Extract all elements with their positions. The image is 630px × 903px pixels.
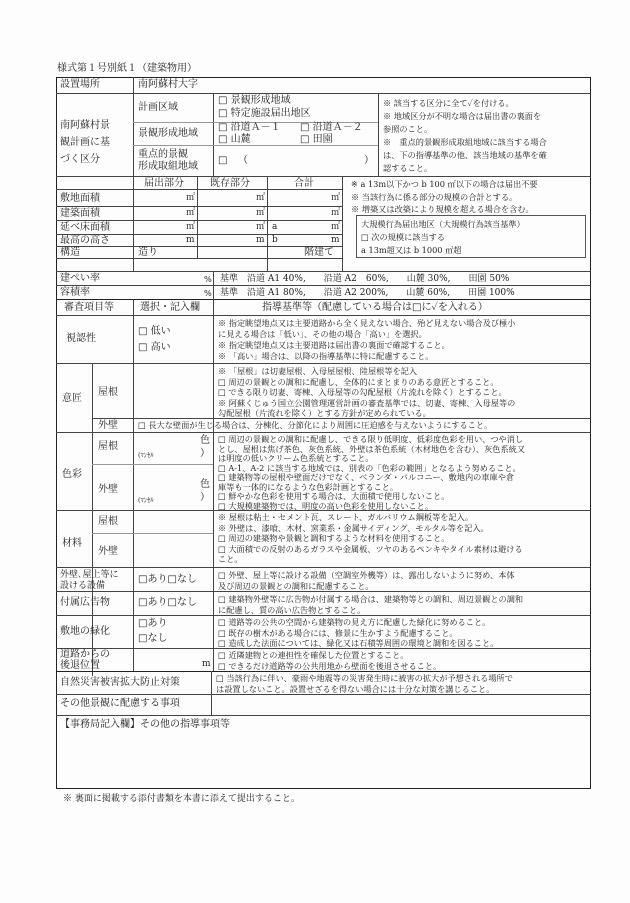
structure-floors[interactable]: 階建て	[304, 248, 334, 258]
color-notes: □ 周辺の景観との調和に配慮し、できる限り低明度、低彩度色彩を用い、つや消しとし…	[218, 435, 525, 511]
visibility-high-checkbox[interactable]: □ 高い	[138, 343, 171, 353]
material-wall-label: 外壁	[98, 547, 118, 557]
max-height-prefix: b	[272, 236, 278, 245]
office-input[interactable]	[58, 734, 588, 786]
large-scale-text: 大規模行為届出地区（大規模行為該当基準）□ 次の規模に該当するa 13m超又は …	[361, 218, 525, 257]
review-col-guideline: 指導基準等（配慮している場合は□に✓を入れる）	[262, 303, 488, 313]
greening-yes-checkbox[interactable]: □あり	[138, 619, 167, 629]
building-area-existing[interactable]: ㎡	[256, 209, 265, 218]
coverage-label: 建ぺい率	[60, 274, 100, 284]
site-area-notified[interactable]: ㎡	[186, 194, 195, 203]
color-wall-munsell[interactable]: (ﾏﾝｾﾙ	[138, 497, 154, 504]
site-area-total[interactable]: ㎡	[331, 194, 340, 203]
building-area-notified[interactable]: ㎡	[186, 209, 195, 218]
design-roof-check-2[interactable]: □ できる限り切妻、寄棟、入母屋等の勾配屋根（片流れを除く）とすること。	[218, 387, 515, 398]
building-area-label: 建築面積	[60, 209, 100, 219]
location-value[interactable]: 南阿蘇村大字	[138, 80, 198, 90]
material-roof-label: 屋根	[98, 517, 118, 527]
landscape-area-label: 景観形成地域	[138, 129, 198, 139]
large-scale-checkbox[interactable]: □ 次の規模に該当する	[361, 231, 525, 244]
coverage-standard: 基準 沿道 A1 40%, 沿道 A2 60%, 山麓 30%, 田園 50%	[220, 275, 509, 284]
plan-area-label: 計画区域	[138, 103, 178, 113]
signage-notes: □ 建築物外壁等に広告物が付属する場合は、建築物等との調和、周辺景観との調和に配…	[218, 594, 523, 616]
color-roof-paren: ）	[200, 449, 210, 459]
setback-input[interactable]: m	[202, 660, 211, 669]
max-height-label: 最高の高さ	[60, 236, 110, 246]
floor-area-prefix: a	[272, 223, 277, 232]
design-roof-check-1[interactable]: □ 周辺の景観との調和に配慮し、全体的にまとまりのある意匠とすること。	[218, 377, 515, 388]
greening-notes: □ 道路等の公共の空間から建築物の見え方に配慮した緑化に努めること。□ 既存の樹…	[218, 617, 498, 649]
plan-notes: ※ 該当する区分に全て✓を付ける。※ 地域区分が不明な場合は届出書の裏面を参照の…	[383, 97, 547, 175]
floor-area-total[interactable]: ㎡	[331, 223, 340, 232]
coverage-input[interactable]: %	[204, 275, 212, 283]
max-height-notified[interactable]: m	[186, 236, 195, 245]
floor-ratio-standard: 基準 沿道 A1 80%, 沿道 A2 200%, 山麓 60%, 田園 100…	[220, 289, 515, 298]
floor-area-notified[interactable]: ㎡	[186, 223, 195, 232]
max-height-total[interactable]: m	[331, 236, 340, 245]
material-label: 材料	[62, 539, 82, 549]
floor-ratio-input[interactable]: %	[204, 289, 212, 297]
site-area-existing[interactable]: ㎡	[256, 194, 265, 203]
office-label: 【事務局記入欄】その他の指導事項等	[60, 720, 230, 730]
material-notes: ※ 屋根は粘土・セメント瓦、スレート、ガルバリウム鋼板等を記入。※ 外壁は、漆喰…	[218, 512, 523, 565]
design-roof-notes: ※ 「屋根」は切妻屋根、入母屋屋根、陸屋根等を記入□ 周辺の景観との調和に配慮し…	[218, 366, 515, 419]
priority-area-label: 重点的景観形成取組地域	[138, 149, 198, 173]
option-special-facility[interactable]: □ 特定施設届出地区	[218, 109, 311, 119]
form-title: 様式第１号別紙１（建築物用）	[57, 64, 197, 74]
color-wall-paren: ）	[200, 493, 210, 503]
greening-label: 敷地の緑化	[60, 627, 110, 637]
disaster-notes: □ 当該行為に伴い、豪雨や地震等の災害発生時に被害の拡大が予想される場所では設置…	[216, 673, 513, 694]
max-height-existing[interactable]: m	[256, 236, 265, 245]
visibility-notes: ※ 指定眺望地点又は主要道路から全く見えない場合、殆ど見えない場合及び極小に見え…	[218, 318, 515, 362]
greening-no-checkbox[interactable]: □なし	[138, 634, 167, 644]
other-label: その他景観に配慮する事項	[60, 699, 180, 709]
review-col-item: 審査項目等	[64, 303, 114, 313]
plan-section-label: 南阿蘇村景観計画に基づく区分	[60, 117, 110, 168]
setback-notes: □ 近隣建物との連担性を確保した位置とすること。□ できるだけ道路等の公共用地か…	[218, 650, 441, 671]
other-input[interactable]	[213, 696, 589, 714]
design-wall-checkbox[interactable]: □ 長大な壁面が生じる場合は、分棟化、分節化により周囲に圧迫感を与えないようにす…	[138, 421, 492, 429]
floor-ratio-label: 容積率	[60, 288, 90, 298]
option-farmland[interactable]: □ 田園	[300, 135, 333, 145]
color-roof-munsell[interactable]: (ﾏﾝｾﾙ	[138, 452, 154, 459]
setback-label: 道路からの後退位置	[60, 649, 110, 671]
scale-notes: ※ a 13m以下かつ b 100 ㎡以下の場合は届出不要※ 当該行為に係る部分…	[351, 178, 538, 216]
signage-options[interactable]: □あり□なし	[138, 598, 197, 608]
design-roof-label: 屋根	[98, 388, 118, 398]
design-label: 意匠	[62, 394, 82, 404]
color-label: 色彩	[62, 470, 82, 480]
equipment-options[interactable]: □あり□なし	[138, 575, 197, 585]
option-foothill[interactable]: □ 山麓	[218, 135, 251, 145]
site-area-label: 敷地面積	[60, 194, 100, 204]
priority-close-paren: ）	[364, 156, 374, 166]
structure-type[interactable]: 造り	[138, 248, 158, 258]
structure-label: 構造	[60, 248, 80, 258]
header-notified-part: 届出部分	[144, 179, 184, 189]
equipment-notes: □ 外壁、屋上等に設ける設備（空調室外機等）は、露出しないように努め、本体及び周…	[218, 570, 515, 592]
priority-open-paren: （	[238, 156, 248, 166]
visibility-label: 視認性	[66, 334, 96, 344]
visibility-low-checkbox[interactable]: □ 低い	[138, 327, 171, 337]
review-col-entry: 選択・記入欄	[140, 303, 200, 313]
option-priority-area[interactable]: □	[218, 156, 227, 166]
equipment-label: 外壁､屋上等に設ける設備	[60, 570, 119, 592]
floor-area-label: 延べ床面積	[60, 223, 110, 233]
color-wall-label: 外壁	[98, 485, 118, 495]
disaster-label: 自然災害被害拡大防止対策	[60, 678, 180, 688]
header-existing-part: 既存部分	[210, 179, 250, 189]
building-area-total[interactable]: ㎡	[331, 209, 340, 218]
signage-label: 付属広告物	[60, 598, 110, 608]
color-roof-input[interactable]: 色	[200, 436, 210, 446]
option-roadside-a2[interactable]: □ 沿道Ａ－２	[300, 123, 363, 133]
floor-area-existing[interactable]: ㎡	[256, 223, 265, 232]
color-wall-input[interactable]: 色	[200, 480, 210, 490]
footer-note: ※ 裏面に掲載する添付書類を本書に添えて提出すること。	[63, 795, 300, 804]
design-wall-label: 外壁	[98, 421, 118, 431]
option-landscape-area[interactable]: □ 景観形成地域	[218, 96, 291, 106]
location-label: 設置場所	[60, 80, 100, 90]
option-roadside-a1[interactable]: □ 沿道Ａ－１	[218, 123, 281, 133]
header-total: 合計	[294, 179, 314, 189]
color-roof-label: 屋根	[98, 442, 118, 452]
